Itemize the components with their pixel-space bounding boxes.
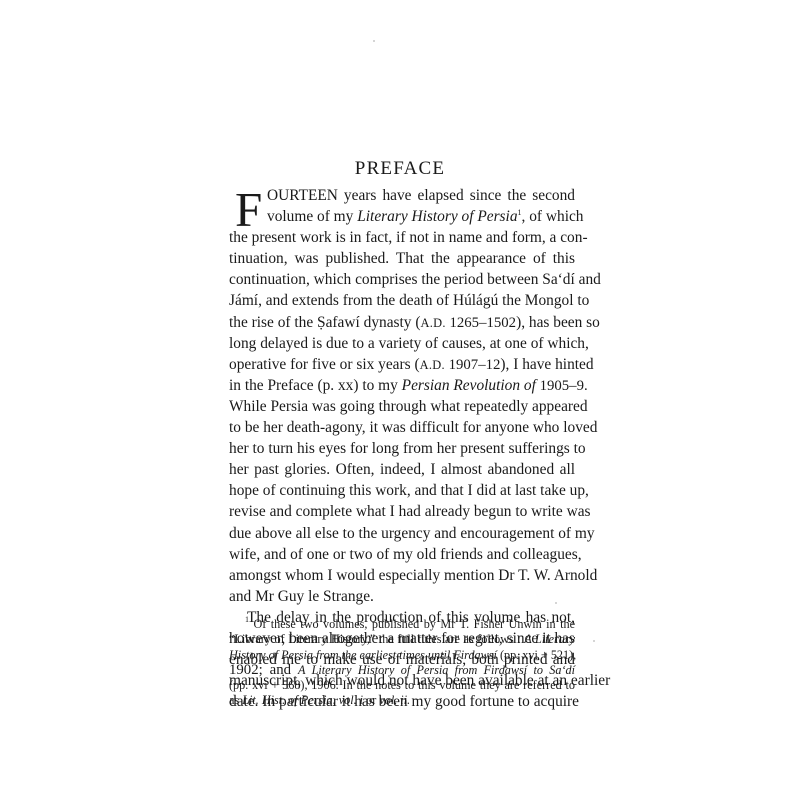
text-run: A.D. xyxy=(420,316,445,330)
footnote: 1 Of these two volumes, published by Mr … xyxy=(229,617,575,709)
text-run: tinuation, was published. That the appea… xyxy=(229,250,575,267)
text-run: the present work is in fact, if not in n… xyxy=(229,229,588,246)
text-run: ), has been so xyxy=(516,314,600,331)
text-run: A.D. xyxy=(420,358,445,372)
text-run: her past glories. Often, indeed, I almos… xyxy=(229,461,575,478)
text-line: tinuation, was published. That the appea… xyxy=(229,248,575,269)
text-run: While Persia was going through what repe… xyxy=(229,398,588,415)
text-line: (pp. xvi + 568), 1906. In the notes to t… xyxy=(229,678,575,693)
drop-cap: F xyxy=(235,187,262,233)
text-run: ), I have hinted xyxy=(500,356,593,373)
italic-title: Persian Revolution of xyxy=(402,377,536,394)
text-line: long delayed is due to a variety of caus… xyxy=(229,333,575,354)
text-line: 1902; and A Literary History of Persia f… xyxy=(229,663,575,678)
text-line: her to turn his eyes for long from her p… xyxy=(229,438,575,459)
text-line: While Persia was going through what repe… xyxy=(229,396,575,417)
text-line: and Mr Guy le Strange. xyxy=(229,586,575,607)
text-line: her past glories. Often, indeed, I almos… xyxy=(229,459,575,480)
italic-title: A Literary xyxy=(524,632,575,646)
text-run: hope of continuing this work, and that I… xyxy=(229,482,589,499)
text-line: to be her death-agony, it was difficult … xyxy=(229,417,575,438)
text-run: as xyxy=(229,693,242,707)
text-run: (pp. xvi + 568), 1906. In the notes to t… xyxy=(229,678,575,692)
text-run: volume of my xyxy=(267,208,357,225)
text-run: and Mr Guy le Strange. xyxy=(229,588,374,605)
text-run: due above all else to the urgency and en… xyxy=(229,525,595,542)
text-line: 1 Of these two volumes, published by Mr … xyxy=(229,617,575,632)
text-run: or xyxy=(363,693,379,707)
scan-speck xyxy=(555,602,557,604)
text-line: operative for five or six years (A.D. 19… xyxy=(229,354,575,375)
text-run: the rise of the Ṣafawí dynasty ( xyxy=(229,314,420,331)
text-line: the present work is in fact, if not in n… xyxy=(229,227,575,248)
text-line: “Library of Literary History,” the full … xyxy=(229,632,575,647)
text-line: hope of continuing this work, and that I… xyxy=(229,480,575,501)
text-run: her to turn his eyes for long from her p… xyxy=(229,440,586,457)
italic-title: Lit. Hist. of Persia xyxy=(242,693,332,707)
italic-title: History of Persia from the earliest time… xyxy=(229,648,497,662)
text-run: 1905–9. xyxy=(536,378,588,394)
text-run: wife, and of one or two of my old friend… xyxy=(229,546,582,563)
text-line: as Lit. Hist. of Persia, vol. i or vol. … xyxy=(229,693,575,708)
text-run: Jámí, and extends from the death of Húlá… xyxy=(229,292,589,309)
text-line: revise and complete what I had already b… xyxy=(229,501,575,522)
text-line: OURTEEN years have elapsed since the sec… xyxy=(229,185,575,206)
text-line: History of Persia from the earliest time… xyxy=(229,648,575,663)
scan-speck xyxy=(593,640,595,642)
text-run: 1907–12 xyxy=(445,357,501,373)
text-line: volume of my Literary History of Persia1… xyxy=(229,206,575,227)
text-run: long delayed is due to a variety of caus… xyxy=(229,335,589,352)
book-page: PREFACE F OURTEEN years have elapsed sin… xyxy=(0,0,800,800)
text-line: amongst whom I would especially mention … xyxy=(229,565,575,586)
text-run: Of these two volumes, published by Mr T.… xyxy=(249,617,575,631)
italic-title: vol. ii. xyxy=(379,693,410,707)
paragraph-1: OURTEEN years have elapsed since the sec… xyxy=(229,185,575,607)
text-line: due above all else to the urgency and en… xyxy=(229,523,575,544)
text-run: to be her death-agony, it was difficult … xyxy=(229,419,597,436)
text-run: revise and complete what I had already b… xyxy=(229,503,591,520)
text-run: 1902; and xyxy=(229,662,298,678)
text-line: wife, and of one or two of my old friend… xyxy=(229,544,575,565)
italic-title: vol. i xyxy=(339,693,363,707)
text-line: Jámí, and extends from the death of Húlá… xyxy=(229,290,575,311)
text-run: in the Preface (p. xx) to my xyxy=(229,377,402,394)
text-run: (pp. xvi + 521), xyxy=(497,648,576,662)
page-title: PREFACE xyxy=(0,158,800,180)
scan-speck xyxy=(373,40,375,42)
text-line: continuation, which comprises the period… xyxy=(229,269,575,290)
italic-title: Literary History of Persia xyxy=(357,208,517,225)
text-line: the rise of the Ṣafawí dynasty (A.D. 126… xyxy=(229,312,575,333)
text-run: operative for five or six years ( xyxy=(229,356,420,373)
text-run: 1265–1502 xyxy=(446,315,516,331)
text-line: in the Preface (p. xx) to my Persian Rev… xyxy=(229,375,575,396)
italic-title: A Literary History of Persia from Firdaw… xyxy=(298,663,575,677)
text-run: “Library of Literary History,” the full … xyxy=(229,632,524,646)
text-run: , of which xyxy=(522,208,584,225)
text-run: OURTEEN years have elapsed since the sec… xyxy=(267,187,575,204)
text-run: continuation, which comprises the period… xyxy=(229,271,601,288)
text-run: amongst whom I would especially mention … xyxy=(229,567,597,584)
